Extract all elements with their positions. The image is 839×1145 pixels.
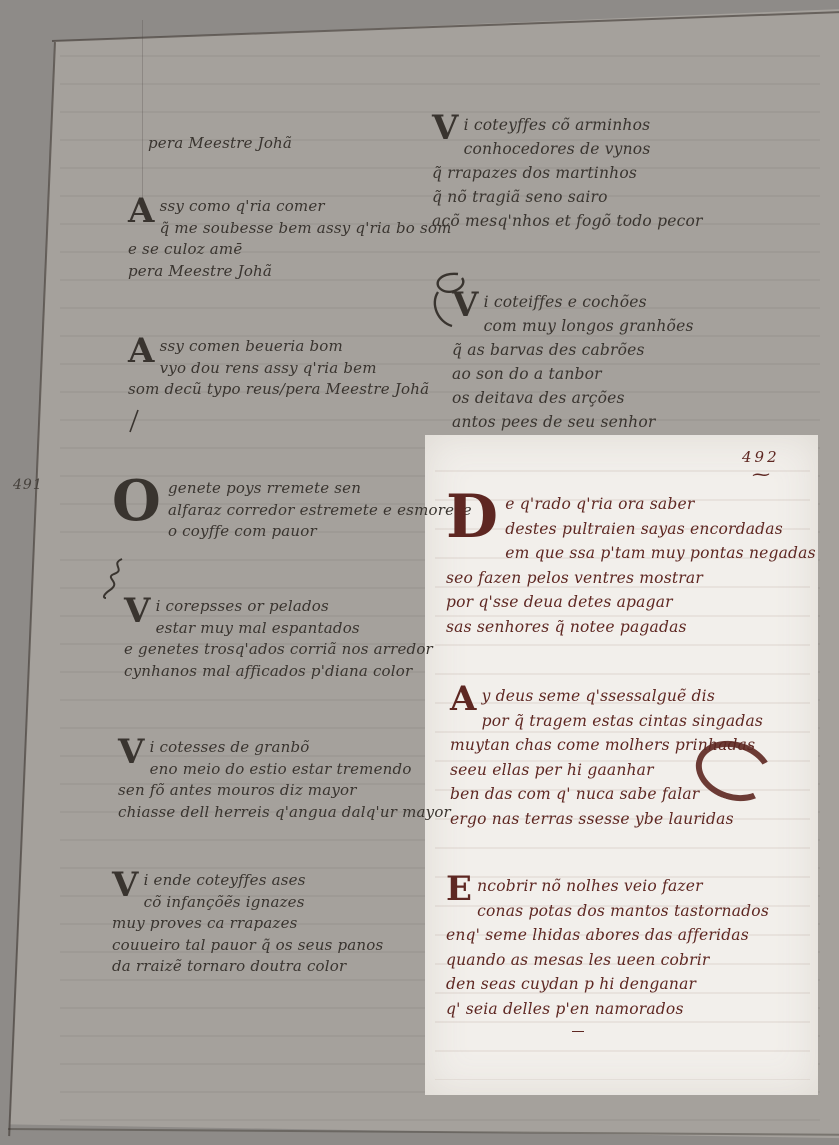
- verse-line: y deus seme q'ssessalguẽ dis: [450, 684, 755, 709]
- colophon-attribution: [572, 1030, 584, 1032]
- verse-line: conhocedores de vynos: [432, 137, 703, 161]
- decorated-initial: A: [128, 196, 155, 226]
- verse-line: ergo nas terras ssesse ybe lauridas: [450, 807, 755, 832]
- verse-line: ssy como q'ria comer: [128, 196, 420, 218]
- stanza: V i coteyffes cõ arminhos conhocedores d…: [432, 113, 703, 233]
- verse-line: estar muy mal espantados: [124, 618, 433, 640]
- stanza: D e q'rado q'ria ora saber destes pultra…: [446, 492, 757, 639]
- ruling-artifact: [142, 20, 143, 210]
- verse-line: i coteiffes e cochões: [452, 290, 662, 314]
- stanza: V i corepsses or pelados estar muy mal e…: [124, 596, 433, 682]
- verse-line: q̃ nõ tragiã seno sairo: [432, 185, 703, 209]
- verse-line: i corepsses or pelados: [124, 596, 433, 618]
- verse-line: por q'sse deua detes apagar: [446, 590, 757, 615]
- verse-line: chiasse dell herreis q'angua dalq'ur may…: [118, 802, 451, 824]
- verse-line: ncobrir nõ nolhes veio fazer: [446, 874, 749, 899]
- stanza: V i ende coteyffes ases cõ infançõẽs ign…: [112, 870, 383, 978]
- stanza: pera Meestre Johã: [148, 133, 292, 155]
- verse-line: pera Meestre Johã: [148, 133, 292, 155]
- decorated-initial: V: [112, 870, 139, 900]
- verse-line: q̃ as barvas des cabrões: [452, 338, 662, 362]
- decorated-initial: D: [446, 492, 498, 542]
- stanza: E ncobrir nõ nolhes veio fazer conas pot…: [446, 874, 749, 1021]
- stanza: A ssy como q'ria comer q̃ me soubesse be…: [128, 196, 420, 282]
- verse-line: enq' seme lhidas abores das afferidas: [446, 923, 749, 948]
- stanza: A ssy comen beueria bom vyo dou rens ass…: [128, 336, 429, 401]
- verse-line: cõ infançõẽs ignazes: [112, 892, 383, 914]
- decorated-initial: V: [118, 737, 145, 767]
- stanza: V i coteiffes e cochões com muy longos g…: [452, 290, 662, 434]
- verse-line: couueiro tal pauor q̃ os seus panos: [112, 935, 383, 957]
- verse-line: q̃ rrapazes dos martinhos: [432, 161, 703, 185]
- decorated-initial: V: [124, 596, 151, 626]
- verse-line: cynhanos mal afficados p'diana color: [124, 661, 433, 683]
- verse-line: sas senhores q̃ notee pagadas: [446, 615, 757, 640]
- verse-line: quando as mesas les ueen cobrir: [446, 948, 749, 973]
- verse-line: conas potas dos mantos tastornados: [446, 899, 749, 924]
- stanza: V i cotesses de granbõ eno meio do estio…: [118, 737, 451, 823]
- verse-line: ao son do a tanbor: [452, 362, 662, 386]
- decorated-initial: E: [446, 874, 472, 904]
- decorated-initial: A: [128, 336, 155, 366]
- verse-line: por q̃ tragem estas cintas singadas: [450, 709, 755, 734]
- scribal-flourish-icon: [126, 408, 142, 434]
- decorated-initial: V: [432, 113, 459, 143]
- folio-flourish: ⁓: [752, 464, 770, 485]
- verse-line: som decũ typo reus/pera Meestre Johã: [128, 379, 429, 401]
- verse-line: da rraizẽ tornaro doutra color: [112, 956, 383, 978]
- manuscript-scan: 491 492 ⁓ pera Meestre Johã A ssy como q…: [0, 0, 839, 1145]
- verse-line: os deitava des arções: [452, 386, 662, 410]
- verse-line: sen fõ antes mouros diz mayor: [118, 780, 451, 802]
- verse-line: pera Meestre Johã: [128, 261, 420, 283]
- verse-line: seo fazen pelos ventres mostrar: [446, 566, 757, 591]
- verse-line: den seas cuydan p hi denganar: [446, 972, 749, 997]
- verse-line: i cotesses de granbõ: [118, 737, 451, 759]
- stanza: O genete poys rremete sen alfaraz corred…: [112, 478, 416, 543]
- decorated-initial: A: [450, 684, 477, 714]
- decorated-initial: V: [452, 290, 479, 320]
- verse-line: com muy longos granhões: [452, 314, 662, 338]
- verse-line: vyo dou rens assy q'ria bem: [128, 358, 429, 380]
- verse-line: ssy comen beueria bom: [128, 336, 429, 358]
- verse-line: antos pees de seu senhor: [452, 410, 662, 434]
- verse-line: acõ mesq'nhos et fogõ todo pecor: [432, 209, 703, 233]
- folio-number-left: 491: [13, 477, 43, 493]
- verse-line: i ende coteyffes ases: [112, 870, 383, 892]
- verse-line: q' seia delles p'en namorados: [446, 997, 749, 1022]
- verse-line: e se culoz amē: [128, 239, 420, 261]
- verse-line: i coteyffes cõ arminhos: [432, 113, 703, 137]
- verse-line: muy proves ca rrapazes: [112, 913, 383, 935]
- decorated-initial: O: [112, 478, 161, 524]
- verse-line: e genetes trosq'ados corriã nos arredor: [124, 639, 433, 661]
- verse-line: eno meio do estio estar tremendo: [118, 759, 451, 781]
- verse-line: q̃ me soubesse bem assy q'ria bo som: [128, 218, 420, 240]
